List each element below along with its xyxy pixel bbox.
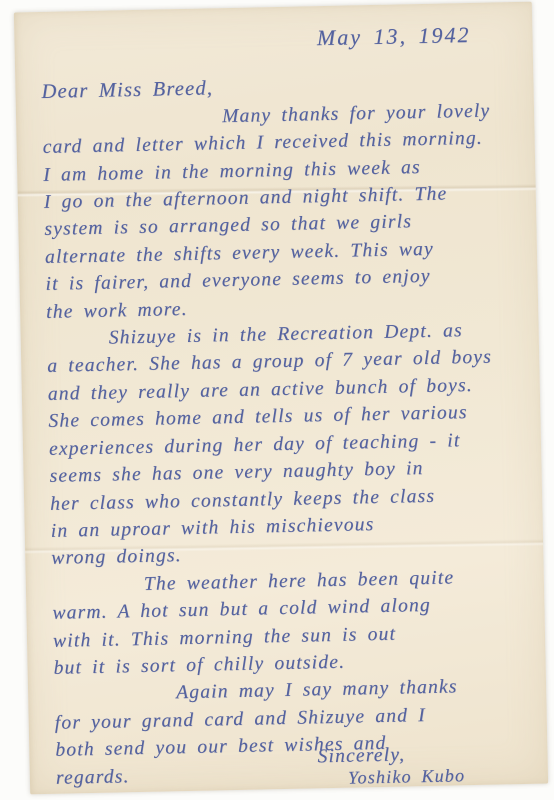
letter-date: May 13, 1942 [40, 20, 520, 57]
letter-content: May 13, 1942 Dear Miss Breed, Many thank… [14, 2, 548, 795]
scan-background: May 13, 1942 Dear Miss Breed, Many thank… [0, 0, 554, 800]
signature-block: Sincerely, Yoshiko Kubo [317, 741, 465, 791]
letter-paper: May 13, 1942 Dear Miss Breed, Many thank… [14, 2, 548, 795]
